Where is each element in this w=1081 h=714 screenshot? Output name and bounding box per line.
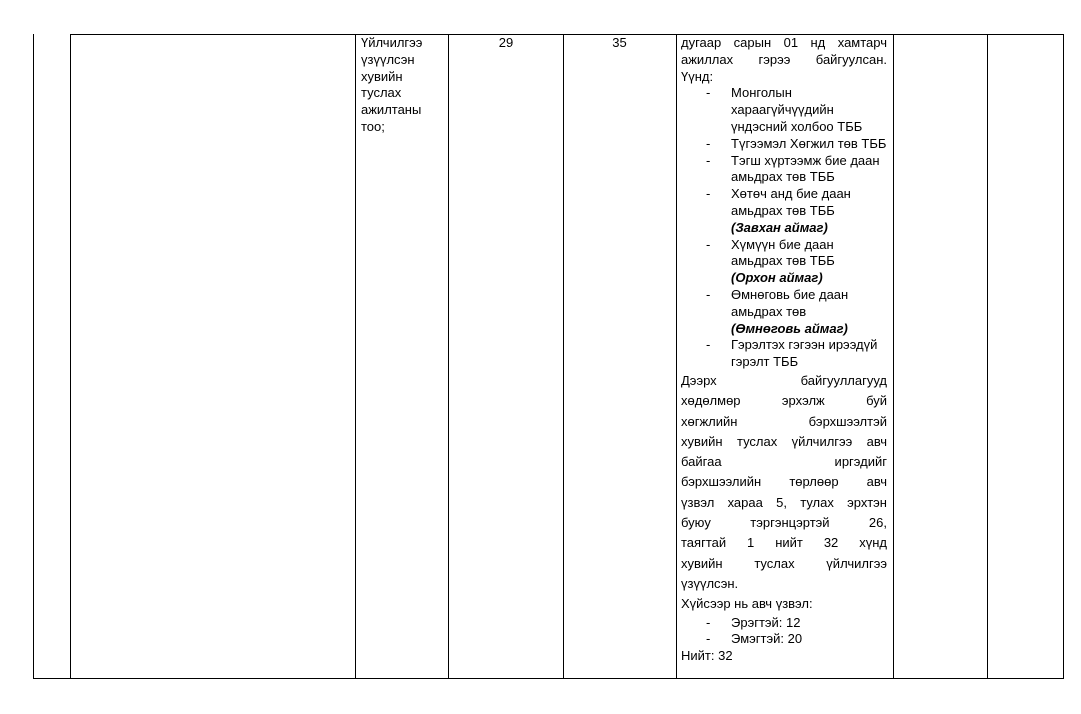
gender-item: - Эрэгтэй: 12	[681, 615, 887, 632]
summary-line: үзүүлсэн.	[681, 574, 887, 594]
organization-item: - Монголын хараагүйчүүдийн үндэсний холб…	[681, 85, 887, 135]
indicator-line: үзүүлсэн	[361, 52, 445, 69]
summary-line: бэрхшээлийн төрлөөр авч	[681, 472, 887, 492]
intro-line: дугаар сарын 01 нд хамтарч	[681, 35, 887, 52]
organization-region: (Өмнөговь аймаг)	[731, 321, 887, 338]
baseline-value: 29	[449, 35, 563, 52]
dash-bullet: -	[706, 287, 710, 304]
gender-item: - Эмэгтэй: 20	[681, 631, 887, 648]
dash-bullet: -	[706, 136, 710, 153]
dash-bullet: -	[706, 337, 710, 354]
summary-line: байгаа иргэдийг	[681, 452, 887, 472]
intro-line: Үүнд:	[681, 69, 887, 86]
total-count: Нийт: 32	[681, 648, 887, 665]
organization-item: - Тэгш хүртээмж бие даан амьдрах төв ТББ	[681, 153, 887, 187]
column-border	[563, 34, 564, 679]
organization-name: Хүмүүн бие даан амьдрах төв ТББ	[731, 237, 835, 269]
table-bottom-border	[33, 678, 1064, 679]
indicator-line: туслах	[361, 85, 445, 102]
organization-item: - Түгээмэл Хөгжил төв ТББ	[681, 136, 887, 153]
summary-line: хувийн туслах үйлчилгээ авч	[681, 432, 887, 452]
column-border	[448, 34, 449, 679]
column-border	[33, 34, 34, 679]
target-value: 35	[563, 35, 676, 52]
organization-name: Түгээмэл Хөгжил төв ТББ	[731, 136, 886, 151]
description-cell: дугаар сарын 01 нд хамтарч ажиллах гэрээ…	[681, 35, 887, 665]
summary-line: үзвэл хараа 5, тулах эрхтэн	[681, 493, 887, 513]
column-border	[1063, 34, 1064, 679]
summary-line: Дээрх байгууллагууд	[681, 371, 887, 391]
organization-name: Гэрэлтэх гэгээн ирээдүй гэрэлт ТББ	[731, 337, 877, 369]
dash-bullet: -	[706, 186, 710, 203]
organization-item: - Өмнөговь бие даан амьдрах төв (Өмнөгов…	[681, 287, 887, 337]
organization-name: Тэгш хүртээмж бие даан амьдрах төв ТББ	[731, 153, 880, 185]
column-border	[987, 34, 988, 679]
column-border	[355, 34, 356, 679]
summary-line: хөгжлийн бэрхшээлтэй	[681, 412, 887, 432]
gender-value: Эрэгтэй: 12	[731, 615, 800, 630]
summary-paragraph: Дээрх байгууллагууд хөдөлмөр эрхэлж буй …	[681, 371, 887, 615]
indicator-line: Үйлчилгээ	[361, 35, 445, 52]
indicator-line: хувийн	[361, 69, 445, 86]
dash-bullet: -	[706, 631, 710, 648]
summary-line: буюу тэргэнцэртэй 26,	[681, 513, 887, 533]
organization-region: (Завхан аймаг)	[731, 220, 887, 237]
summary-line: таягтай 1 нийт 32 хүнд	[681, 533, 887, 553]
document-page: Үйлчилгээ үзүүлсэн хувийн туслах ажилтан…	[0, 0, 1081, 714]
organization-name: Монголын хараагүйчүүдийн үндэсний холбоо…	[731, 85, 862, 134]
gender-list: - Эрэгтэй: 12 - Эмэгтэй: 20	[681, 615, 887, 649]
column-border	[70, 34, 71, 679]
intro-line: ажиллах гэрээ байгуулсан.	[681, 52, 887, 69]
gender-value: Эмэгтэй: 20	[731, 631, 802, 646]
organization-list: - Монголын хараагүйчүүдийн үндэсний холб…	[681, 85, 887, 371]
summary-line: хувийн туслах үйлчилгээ	[681, 554, 887, 574]
organization-region: (Орхон аймаг)	[731, 270, 887, 287]
summary-line: хөдөлмөр эрхэлж буй	[681, 391, 887, 411]
column-border	[676, 34, 677, 679]
dash-bullet: -	[706, 153, 710, 170]
organization-name: Өмнөговь бие даан амьдрах төв	[731, 287, 848, 319]
organization-item: - Хүмүүн бие даан амьдрах төв ТББ (Орхон…	[681, 237, 887, 287]
organization-item: - Гэрэлтэх гэгээн ирээдүй гэрэлт ТББ	[681, 337, 887, 371]
organization-name: Хөтөч анд бие даан амьдрах төв ТББ	[731, 186, 851, 218]
dash-bullet: -	[706, 85, 710, 102]
column-border	[893, 34, 894, 679]
organization-item: - Хөтөч анд бие даан амьдрах төв ТББ (За…	[681, 186, 887, 236]
gender-heading: Хүйсээр нь авч үзвэл:	[681, 594, 887, 614]
indicator-line: ажилтаны	[361, 102, 445, 119]
indicator-line: тоо;	[361, 119, 445, 136]
indicator-cell: Үйлчилгээ үзүүлсэн хувийн туслах ажилтан…	[361, 35, 445, 136]
dash-bullet: -	[706, 615, 710, 632]
dash-bullet: -	[706, 237, 710, 254]
